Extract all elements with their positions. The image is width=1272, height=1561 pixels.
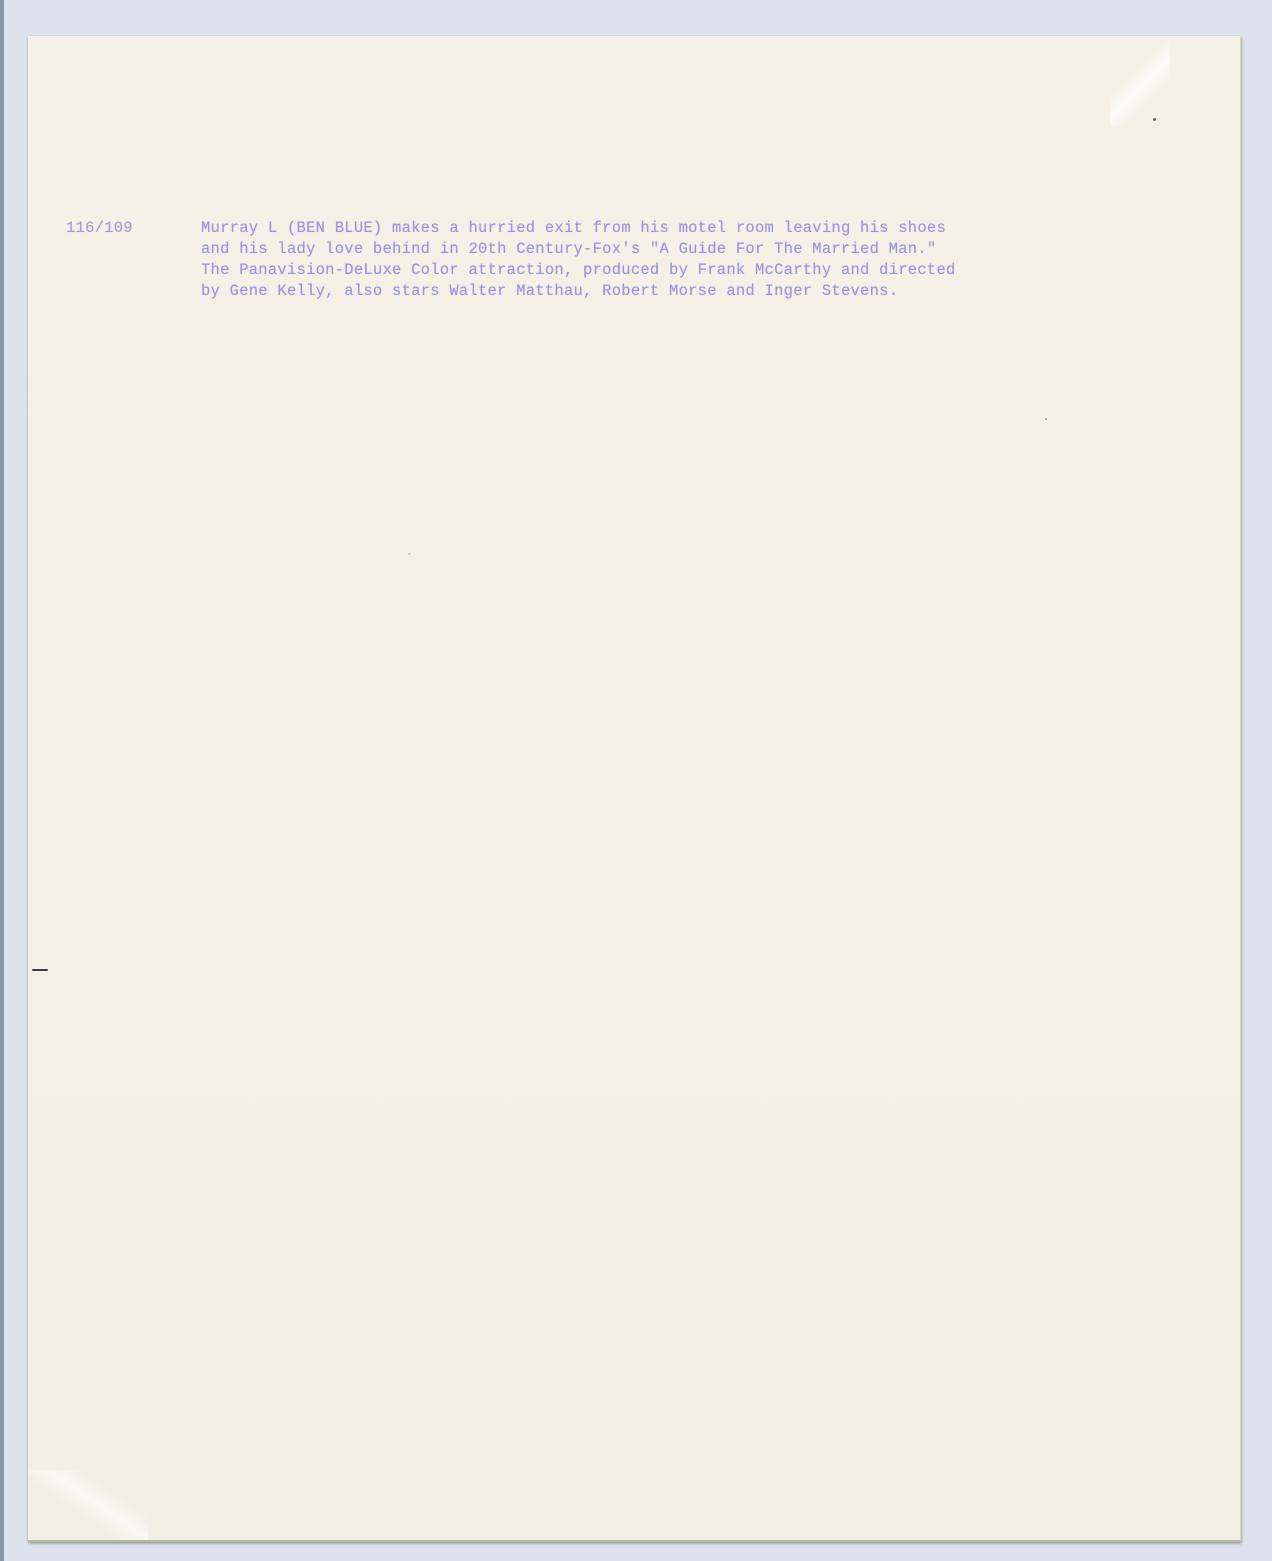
pin-mark xyxy=(32,969,48,971)
scanner-edge xyxy=(0,0,4,1561)
caption-line: and his lady love behind in 20th Century… xyxy=(201,239,1211,260)
dust-speck xyxy=(1045,418,1047,420)
reference-number: 116/109 xyxy=(66,218,201,302)
caption-line: Murray L (BEN BLUE) makes a hurried exit… xyxy=(201,218,1211,239)
caption-text: Murray L (BEN BLUE) makes a hurried exit… xyxy=(201,218,1211,302)
caption-line: by Gene Kelly, also stars Walter Matthau… xyxy=(201,281,1211,302)
dust-speck xyxy=(408,553,411,555)
photo-back-paper: 116/109 Murray L (BEN BLUE) makes a hurr… xyxy=(28,36,1241,1542)
dust-speck xyxy=(1153,118,1156,121)
caption-line: The Panavision-DeLuxe Color attraction, … xyxy=(201,260,1211,281)
typed-caption: 116/109 Murray L (BEN BLUE) makes a hurr… xyxy=(66,218,1211,302)
